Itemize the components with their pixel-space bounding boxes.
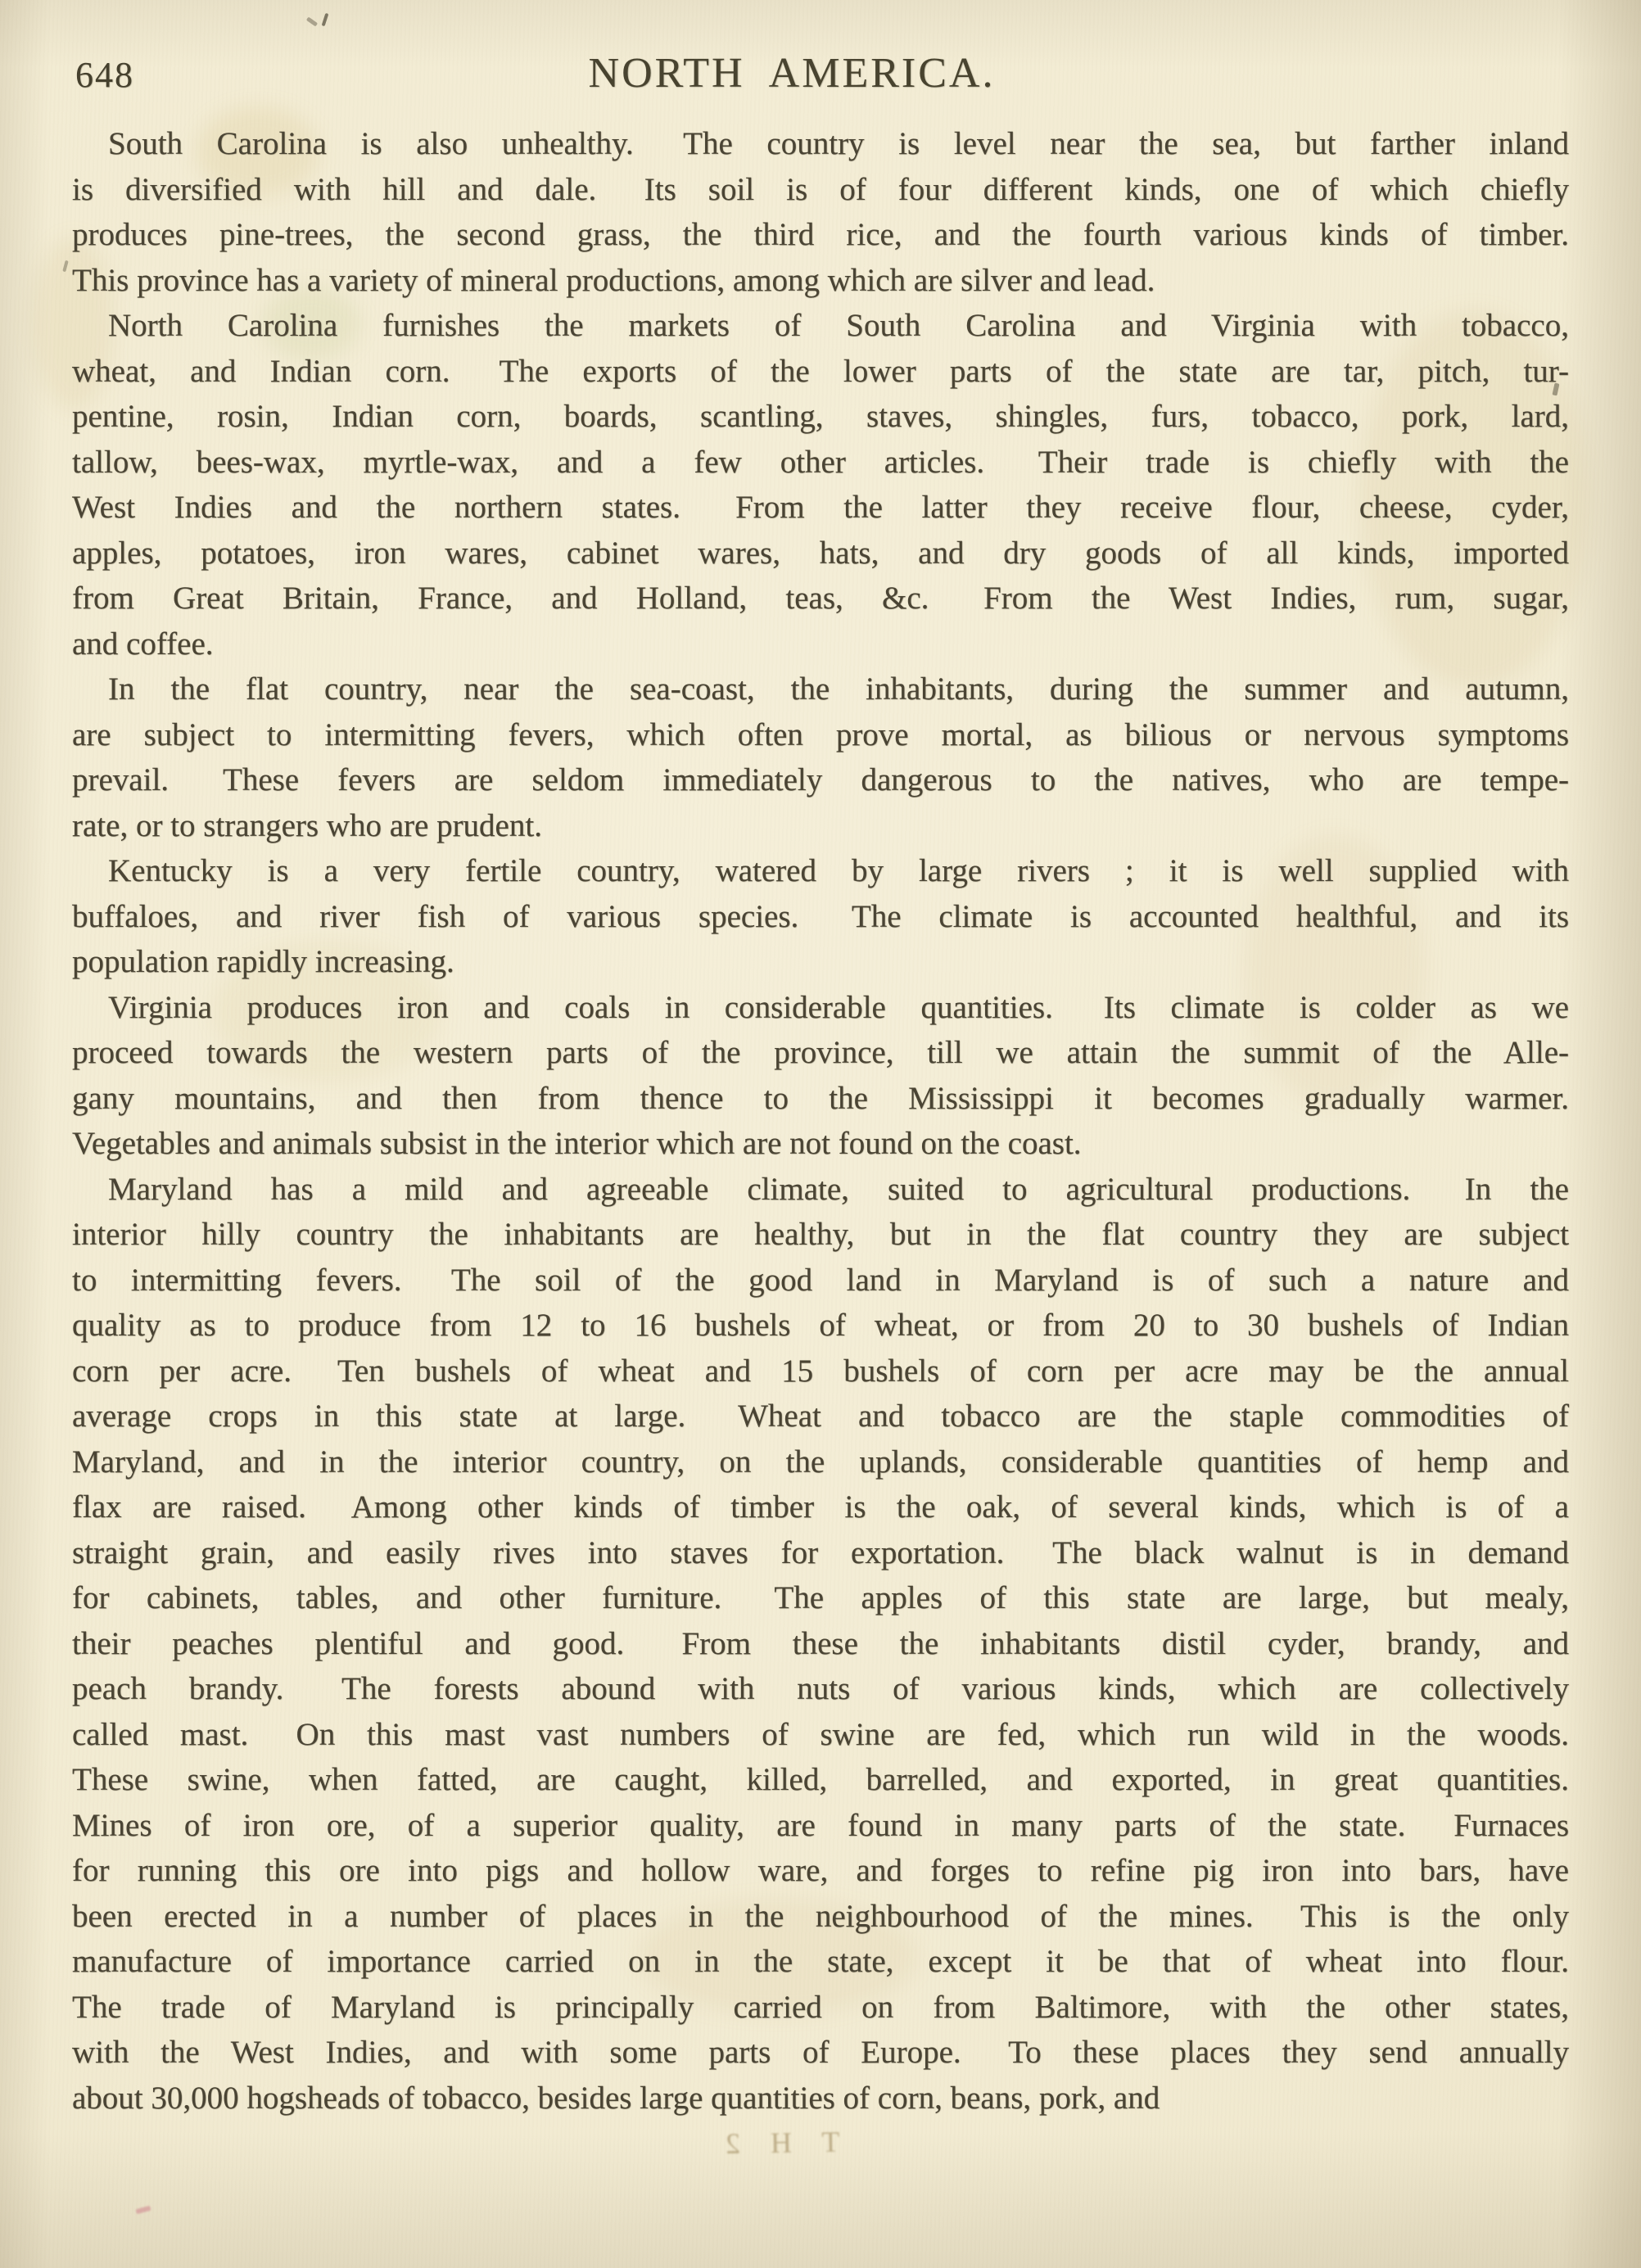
- text-line: for running this ore into pigs and hollo…: [72, 1848, 1569, 1894]
- text-line: for cabinets, tables, and other furnitur…: [72, 1575, 1569, 1621]
- paragraph: In the flat country, near the sea-coast,…: [72, 666, 1569, 848]
- text-line: In the flat country, near the sea-coast,…: [72, 666, 1569, 712]
- text-line: North Carolina furnishes the markets of …: [72, 303, 1569, 349]
- text-line: wheat, and Indian corn. The exports of t…: [72, 349, 1569, 395]
- text-line: called mast. On this mast vast numbers o…: [72, 1712, 1569, 1758]
- text-line: been erected in a number of places in th…: [72, 1894, 1569, 1940]
- paragraph: North Carolina furnishes the markets of …: [72, 303, 1569, 666]
- text-line: Kentucky is a very fertile country, wate…: [72, 848, 1569, 894]
- text-line: prevail. These fevers are seldom immedia…: [72, 757, 1569, 803]
- book-page-scan: 648 NORTH AMERICA. South Carolina is als…: [0, 0, 1641, 2268]
- text-line: West Indies and the northern states. Fro…: [72, 485, 1569, 531]
- text-line: flax are raised. Among other kinds of ti…: [72, 1484, 1569, 1530]
- text-line: apples, potatoes, iron wares, cabinet wa…: [72, 531, 1569, 576]
- text-line: average crops in this state at large. Wh…: [72, 1394, 1569, 1439]
- ink-speck: [306, 16, 318, 26]
- text-line: pentine, rosin, Indian corn, boards, sca…: [72, 394, 1569, 440]
- paragraph: Virginia produces iron and coals in cons…: [72, 985, 1569, 1167]
- text-line: proceed towards the western parts of the…: [72, 1030, 1569, 1076]
- text-line: to intermitting fevers. The soil of the …: [72, 1258, 1569, 1303]
- text-line: manufacture of importance carried on in …: [72, 1939, 1569, 1985]
- text-line: tallow, bees-wax, myrtle-wax, and a few …: [72, 440, 1569, 486]
- ink-speck: [322, 13, 329, 26]
- showthrough-signature-mark: T H 2: [714, 2125, 840, 2162]
- text-line: Maryland, and in the interior country, o…: [72, 1439, 1569, 1485]
- text-line: Vegetables and animals subsist in the in…: [72, 1121, 1569, 1167]
- text-line: produces pine-trees, the second grass, t…: [72, 212, 1569, 258]
- text-line: corn per acre. Ten bushels of wheat and …: [72, 1349, 1569, 1394]
- text-line: from Great Britain, France, and Holland,…: [72, 576, 1569, 621]
- ink-speck: [136, 2206, 151, 2214]
- running-title: NORTH AMERICA.: [0, 52, 1584, 95]
- text-line: peach brandy. The forests abound with nu…: [72, 1666, 1569, 1712]
- page-body: South Carolina is also unhealthy. The co…: [72, 121, 1569, 2121]
- text-line: is diversified with hill and dale. Its s…: [72, 167, 1569, 213]
- text-line: quality as to produce from 12 to 16 bush…: [72, 1303, 1569, 1349]
- paragraph: South Carolina is also unhealthy. The co…: [72, 121, 1569, 303]
- text-line: South Carolina is also unhealthy. The co…: [72, 121, 1569, 167]
- text-line: rate, or to strangers who are prudent.: [72, 803, 1569, 849]
- text-line: and coffee.: [72, 621, 1569, 667]
- text-line: These swine, when fatted, are caught, ki…: [72, 1757, 1569, 1803]
- text-line: gany mountains, and then from thence to …: [72, 1076, 1569, 1122]
- text-line: This province has a variety of mineral p…: [72, 258, 1569, 304]
- paragraph: Maryland has a mild and agreeable climat…: [72, 1167, 1569, 2121]
- text-line: with the West Indies, and with some part…: [72, 2030, 1569, 2076]
- text-line: straight grain, and easily rives into st…: [72, 1530, 1569, 1576]
- text-line: Mines of iron ore, of a superior quality…: [72, 1803, 1569, 1849]
- text-line: The trade of Maryland is principally car…: [72, 1985, 1569, 2031]
- ink-speck: [62, 260, 68, 273]
- paragraph: Kentucky is a very fertile country, wate…: [72, 848, 1569, 985]
- text-line: about 30,000 hogsheads of tobacco, besid…: [72, 2076, 1569, 2121]
- text-line: are subject to intermitting fevers, whic…: [72, 712, 1569, 758]
- text-line: population rapidly increasing.: [72, 939, 1569, 985]
- running-head: 648 NORTH AMERICA.: [0, 47, 1641, 100]
- text-line: Maryland has a mild and agreeable climat…: [72, 1167, 1569, 1213]
- text-line: Virginia produces iron and coals in cons…: [72, 985, 1569, 1031]
- text-line: their peaches plentiful and good. From t…: [72, 1621, 1569, 1667]
- text-line: buffaloes, and river fish of various spe…: [72, 894, 1569, 940]
- text-line: interior hilly country the inhabitants a…: [72, 1212, 1569, 1258]
